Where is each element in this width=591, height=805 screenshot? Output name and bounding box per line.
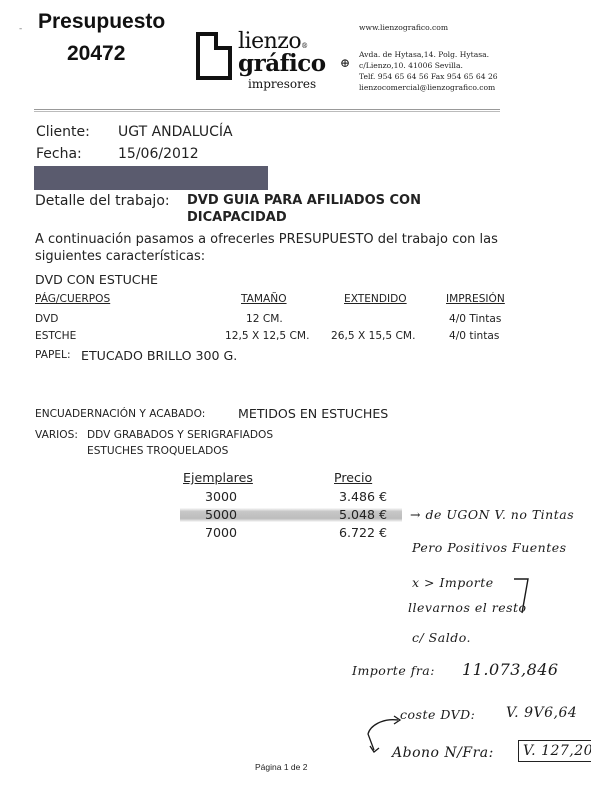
company-website: www.lienzografico.com bbox=[359, 23, 448, 34]
specs-header-tamano: TAMAÑO bbox=[241, 293, 287, 305]
handwritten-importe-label: Importe fra: bbox=[352, 663, 435, 678]
handwritten-note-1: → de UGON V. no Tintas bbox=[410, 507, 574, 522]
header-divider bbox=[34, 109, 500, 110]
company-phones: Telf. 954 65 64 56 Fax 954 65 64 26 bbox=[359, 72, 498, 83]
handwritten-coste-label: coste DVD: bbox=[400, 707, 475, 722]
fecha-value: 15/06/2012 bbox=[118, 146, 199, 162]
pricing-header-ejemplares: Ejemplares bbox=[183, 470, 253, 485]
specs-header-pag: PÁG/CUERPOS bbox=[35, 293, 110, 305]
pricing-row-price: 3.486 € bbox=[339, 489, 387, 504]
logo-line-grafico: gráfico bbox=[238, 52, 326, 75]
specs-row-1-pag: DVD bbox=[35, 313, 58, 325]
handwritten-note-3: x > Importe bbox=[412, 575, 494, 590]
specs-row-1-impresion: 4/0 Tintas bbox=[449, 313, 501, 325]
pricing-header-precio: Precio bbox=[334, 470, 372, 485]
logo-line-impresores: impresores bbox=[248, 78, 316, 90]
handwritten-abono-label: Abono N/Fra: bbox=[392, 745, 494, 761]
cliente-label: Cliente: bbox=[36, 124, 90, 140]
header-divider-2 bbox=[34, 111, 500, 112]
specs-row-2-impresion: 4/0 tintas bbox=[449, 330, 499, 342]
fecha-label: Fecha: bbox=[36, 146, 82, 162]
redacted-field bbox=[34, 166, 268, 190]
handwritten-note-4: llevarnos el resto bbox=[408, 600, 527, 615]
pricing-row-qty: 7000 bbox=[205, 525, 237, 540]
company-address-1: Avda. de Hytasa,14. Polg. Hytasa. bbox=[359, 50, 489, 61]
detalle-label: Detalle del trabajo: bbox=[35, 193, 170, 209]
papel-value: ETUCADO BRILLO 300 G. bbox=[81, 348, 237, 363]
pricing-row-qty-highlighted: 5000 bbox=[205, 507, 237, 522]
scan-mark: - bbox=[19, 24, 22, 34]
pricing-row-qty: 3000 bbox=[205, 489, 237, 504]
detalle-value-line1: DVD GUIA PARA AFILIADOS CON bbox=[187, 193, 421, 208]
specs-row-2-extendido: 26,5 X 15,5 CM. bbox=[331, 330, 415, 342]
handwritten-note-5: c/ Saldo. bbox=[412, 630, 471, 645]
papel-label: PAPEL: bbox=[35, 349, 71, 361]
cliente-value: UGT ANDALUCÍA bbox=[118, 124, 233, 140]
document-title: Presupuesto bbox=[38, 10, 165, 34]
page-number: Página 1 de 2 bbox=[255, 762, 307, 772]
pricing-row-price: 6.722 € bbox=[339, 525, 387, 540]
encuadernacion-value: METIDOS EN ESTUCHES bbox=[238, 406, 388, 421]
logo-page-icon bbox=[196, 32, 232, 80]
handwritten-note-2: Pero Positivos Fuentes bbox=[412, 540, 567, 555]
intro-text-line1: A continuación pasamos a ofrecerles PRES… bbox=[35, 232, 498, 247]
budget-number: 20472 bbox=[67, 42, 125, 66]
varios-line-2: ESTUCHES TROQUELADOS bbox=[87, 445, 228, 457]
handwritten-coste-value: V. 9V6,64 bbox=[506, 705, 577, 721]
specs-header-extendido: EXTENDIDO bbox=[344, 293, 407, 305]
specs-row-2-tamano: 12,5 X 12,5 CM. bbox=[225, 330, 309, 342]
detalle-value-line2: DICAPACIDAD bbox=[187, 210, 287, 225]
company-address-2: c/Lienzo,10. 41006 Sevilla. bbox=[359, 61, 463, 72]
handwritten-importe-value: 11.073,846 bbox=[462, 660, 559, 679]
varios-line-1: DDV GRABADOS Y SERIGRAFIADOS bbox=[87, 429, 273, 441]
specs-row-1-tamano: 12 CM. bbox=[246, 313, 283, 325]
specs-header-impresion: IMPRESIÓN bbox=[446, 293, 505, 305]
company-email: lienzocomercial@lienzografico.com bbox=[359, 83, 495, 94]
encuadernacion-label: ENCUADERNACIÓN Y ACABADO: bbox=[35, 408, 205, 420]
crosshair-icon: ⊕ bbox=[340, 57, 350, 69]
pricing-row-price-highlighted: 5.048 € bbox=[339, 507, 387, 522]
product-name: DVD CON ESTUCHE bbox=[35, 272, 158, 287]
handwritten-abono-value: V. 127,20 bbox=[518, 740, 591, 762]
intro-text-line2: siguientes características: bbox=[35, 249, 205, 264]
varios-label: VARIOS: bbox=[35, 429, 78, 441]
specs-row-2-pag: ESTCHE bbox=[35, 330, 76, 342]
